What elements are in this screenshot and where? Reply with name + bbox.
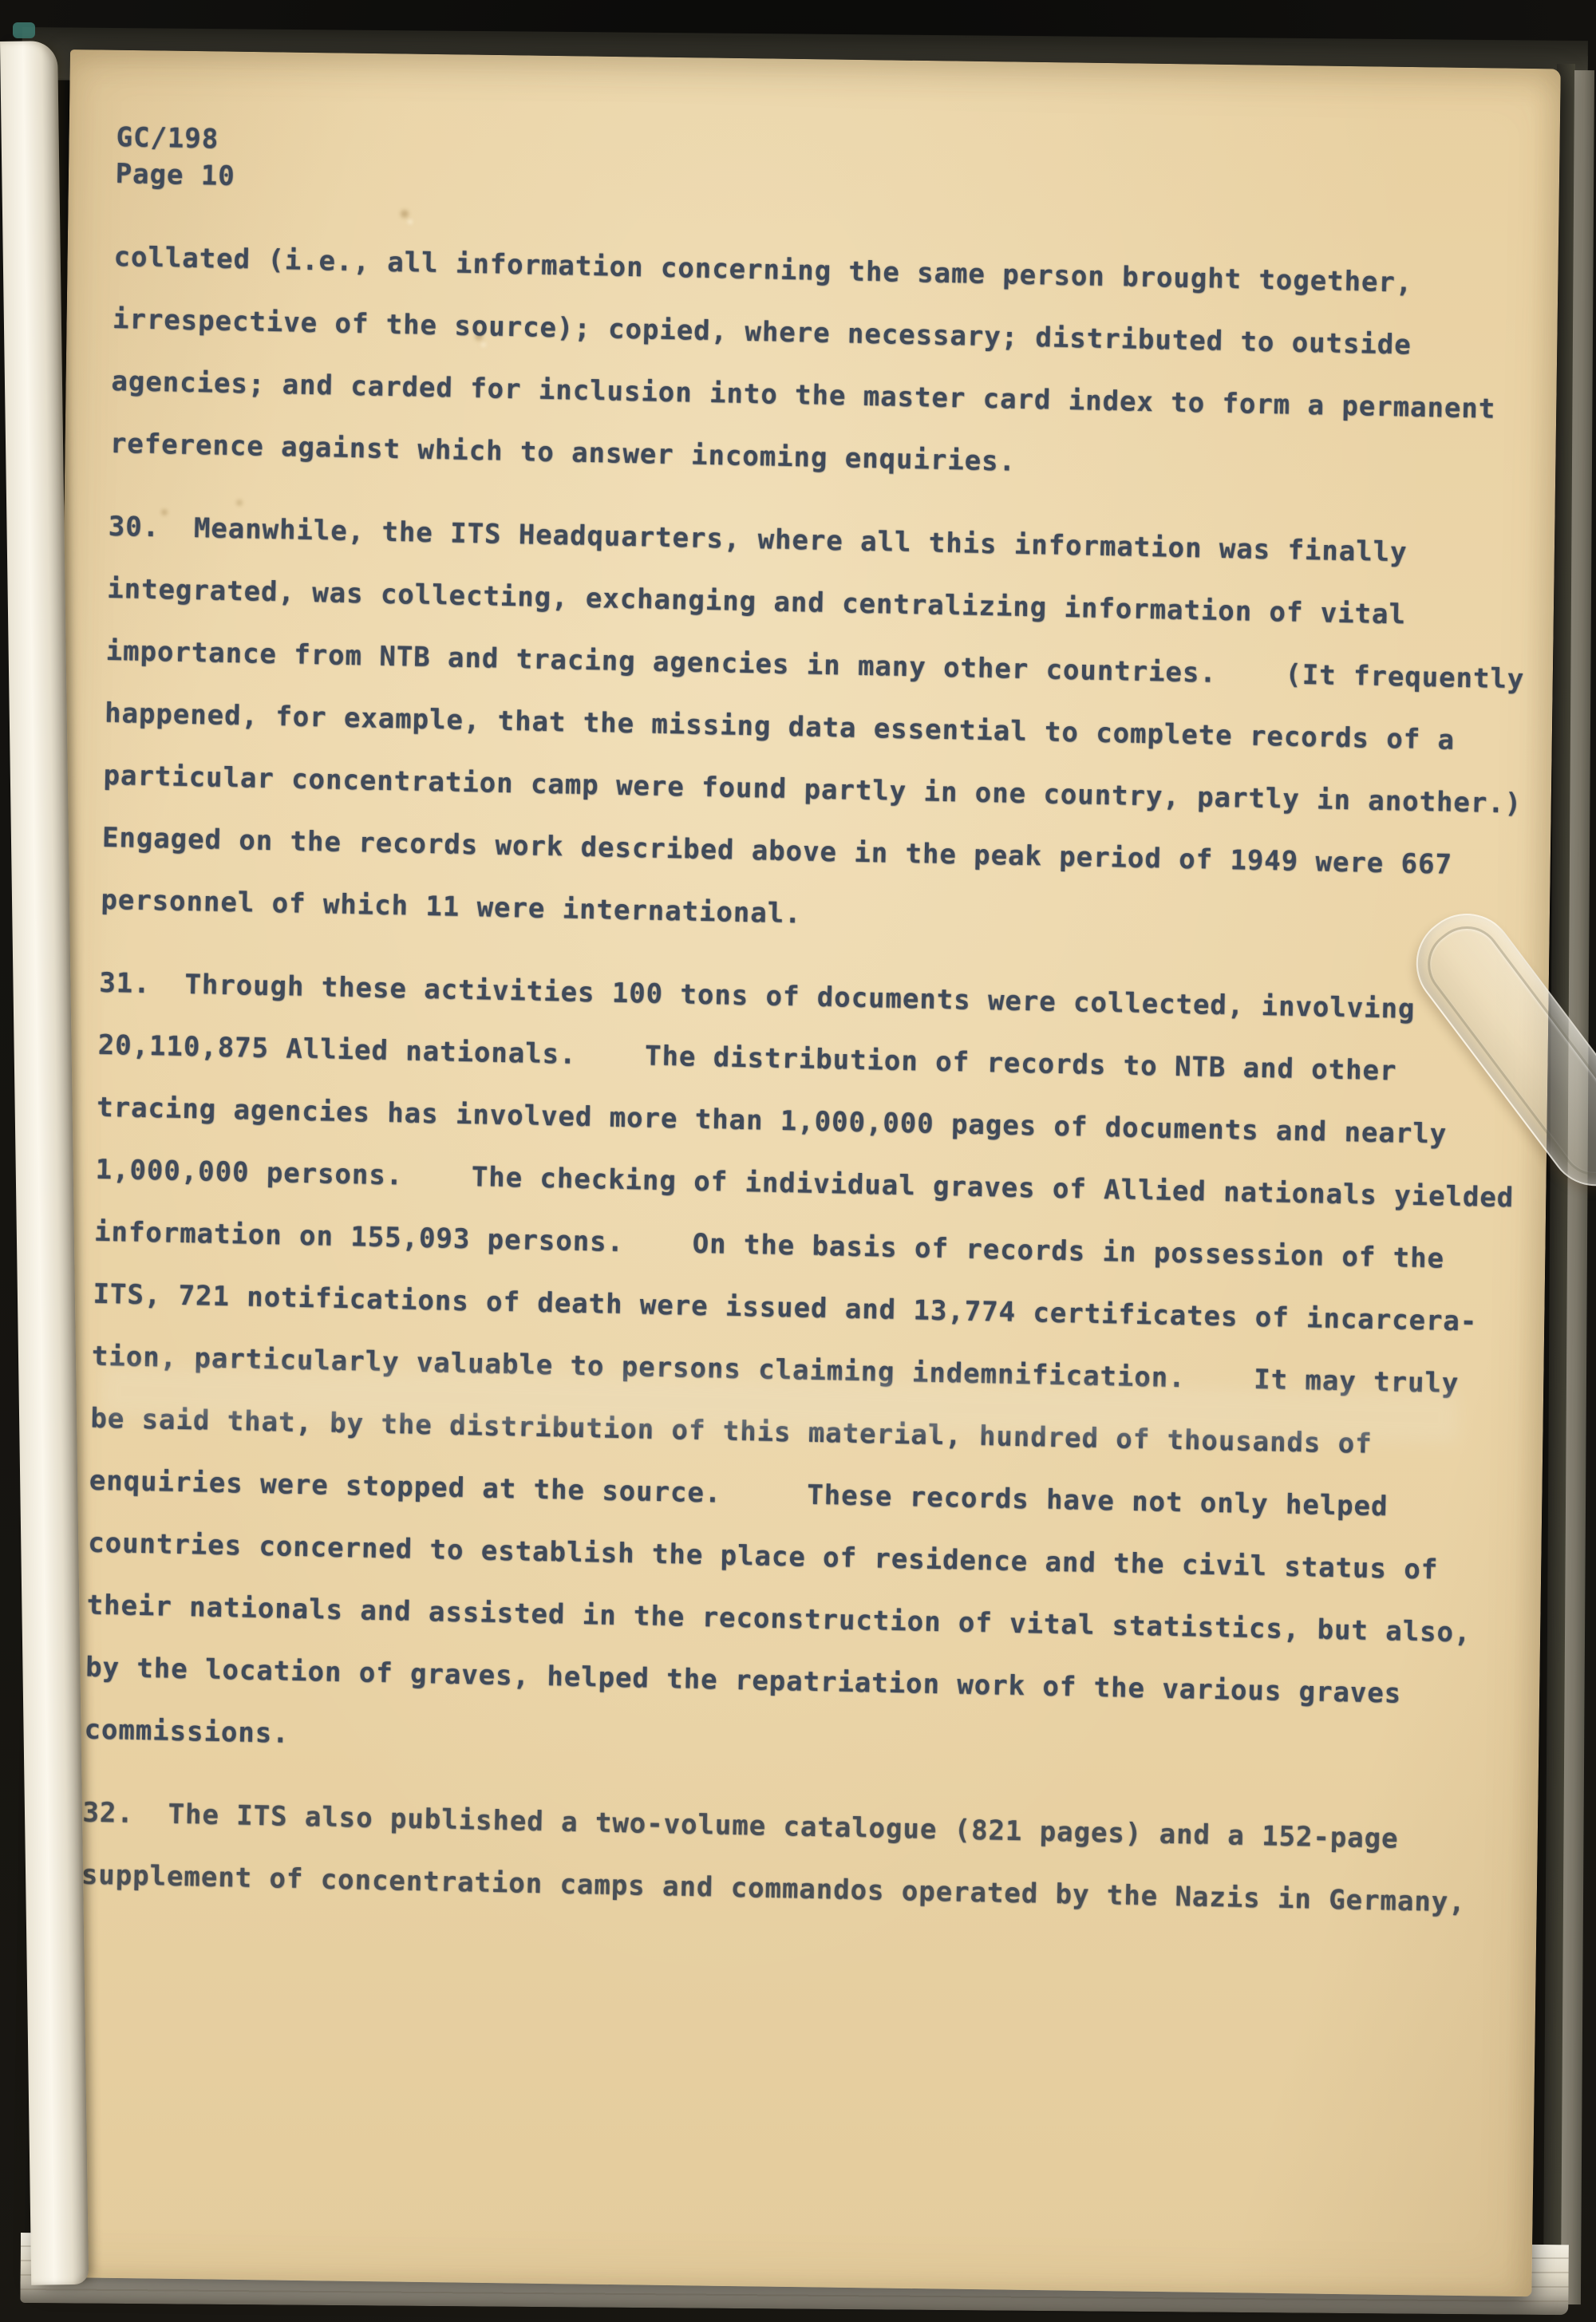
typewritten-text: GC/198 Page 10 collated (i.e., all infor… xyxy=(81,124,1577,1953)
paragraph-continuation: collated (i.e., all information concerni… xyxy=(109,243,1574,522)
scanned-document-photo: GC/198 Page 10 collated (i.e., all infor… xyxy=(0,0,1596,2322)
paragraph-30: 30. Meanwhile, the ITS Headquarters, whe… xyxy=(100,513,1569,978)
paper-dents xyxy=(0,0,3,3)
paragraph-31: 31. Through these activities 100 tons of… xyxy=(83,969,1559,1808)
binding-speck xyxy=(13,22,35,38)
